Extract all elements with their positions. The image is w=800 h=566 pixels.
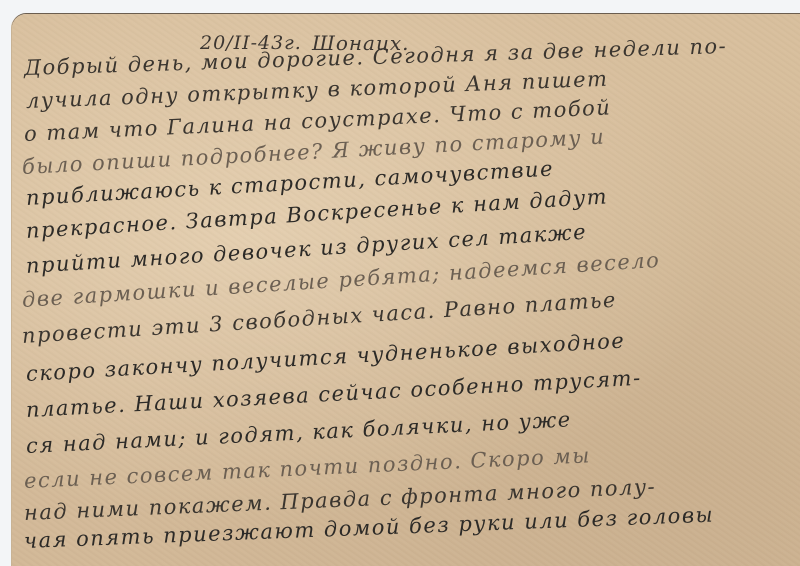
scanned-postcard: 20/II-43г. Шонаих. Добрый день, мои доро… (0, 0, 800, 566)
postcard-paper: 20/II-43г. Шонаих. Добрый день, мои доро… (12, 14, 800, 566)
